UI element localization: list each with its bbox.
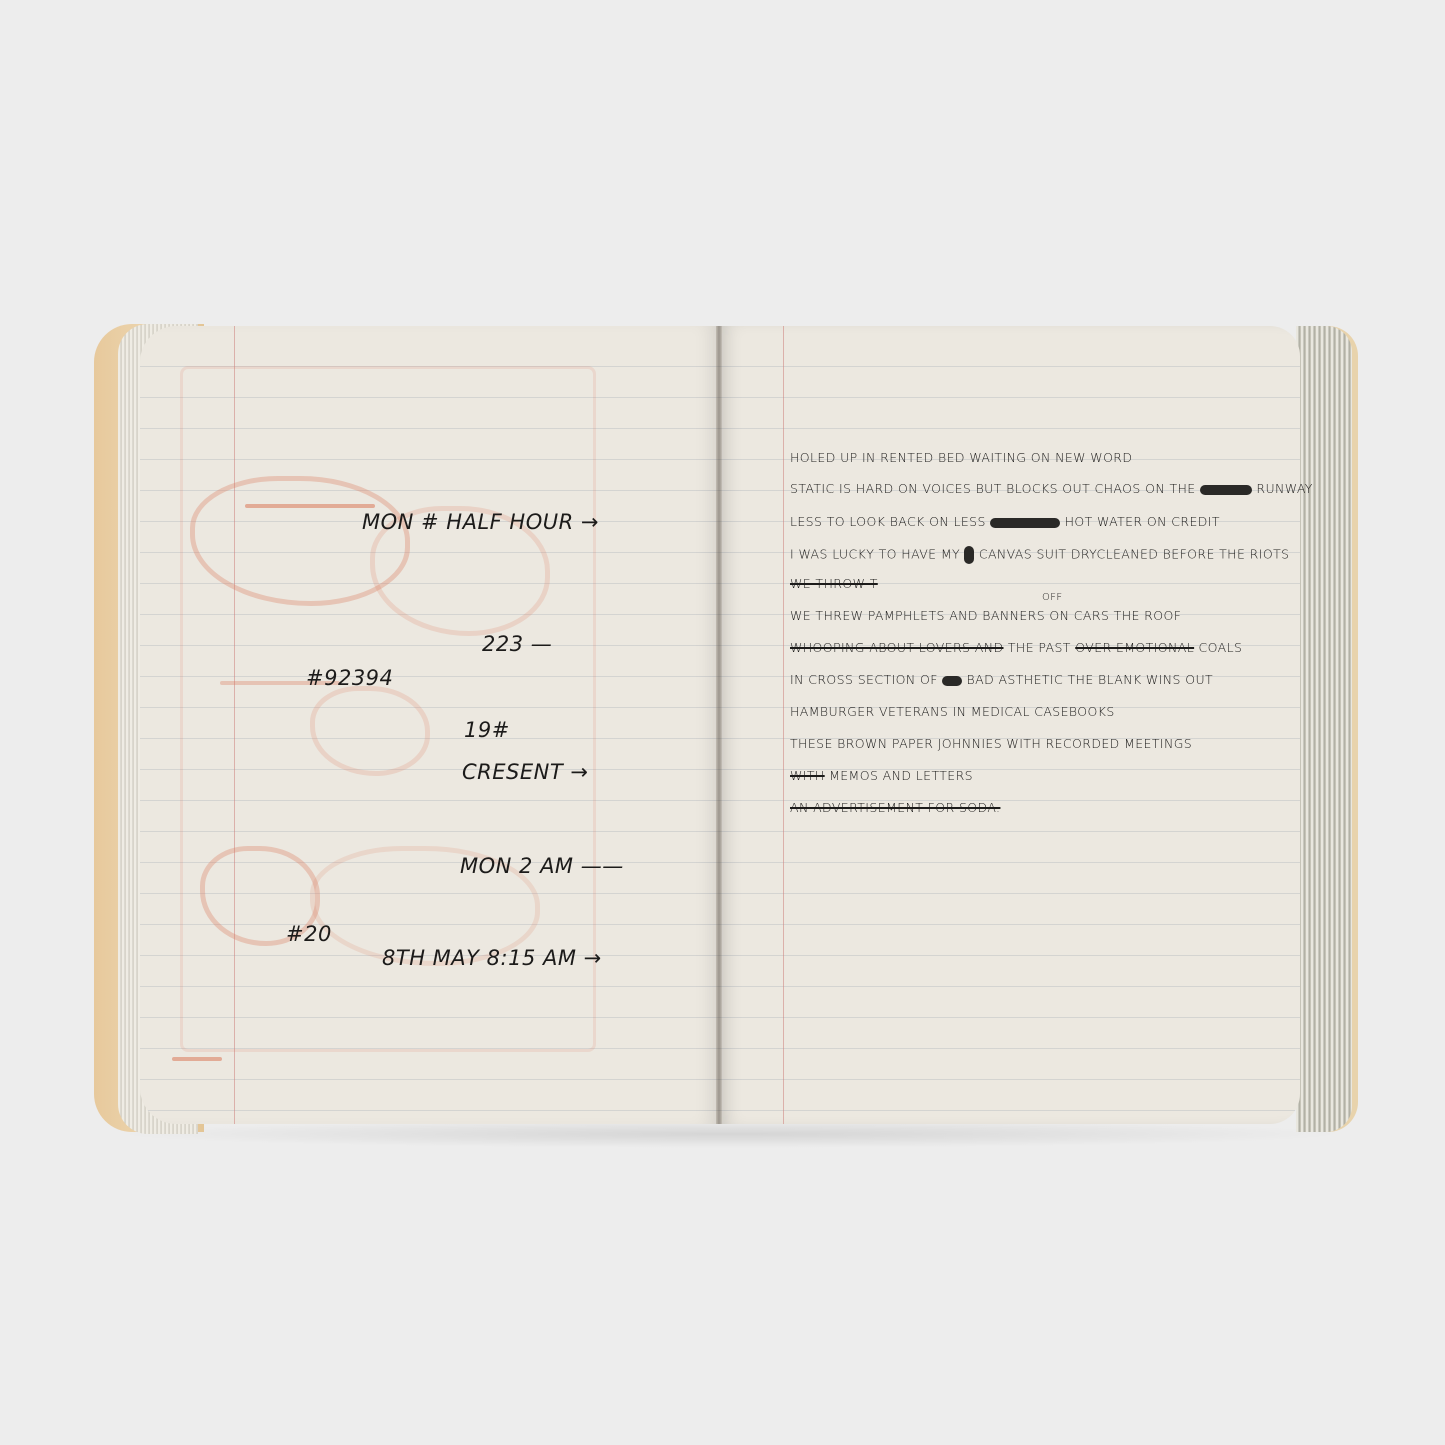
handwritten-entry: 8TH MAY 8:15 AM → [382,946,602,970]
book-shadow [110,1120,1350,1148]
insertion-mark: OFF [1042,592,1063,603]
handwritten-entry: CRESENT → [462,760,588,784]
crayon-stroke [172,1057,222,1061]
spine-gutter [716,326,722,1124]
poem-line: I WAS LUCKY TO HAVE MY CANVAS SUIT DRYCL… [790,546,1289,564]
handwritten-entry: #20 [286,922,332,946]
margin-line [783,326,784,1124]
poem-line: THESE BROWN PAPER JOHNNIES WITH RECORDED… [790,736,1192,751]
handwritten-entry: MON # HALF HOUR → [362,510,599,534]
poem-line: HAMBURGER VETERANS IN MEDICAL CASEBOOKS [790,704,1115,719]
poem-line: WITH MEMOS AND LETTERS [790,768,973,783]
poem-line: STATIC IS HARD ON VOICES BUT BLOCKS OUT … [790,481,1313,496]
poem-line-struck: WE THROW T [790,576,878,591]
poem-line: WHOOPING ABOUT LOVERS AND THE PAST OVER … [790,640,1242,655]
scribble-out [1200,485,1252,495]
poem-line-struck: AN ADVERTISEMENT FOR SODA. [790,800,1000,815]
crayon-stroke [245,504,375,508]
handwritten-entry: 223 — [482,632,552,656]
scribble-out [964,546,974,564]
poem-line: WE THREW PAMPHLETS AND BANNERS ON CARS T… [790,608,1181,623]
handwritten-entry: 19# [464,718,510,742]
handwritten-entry: MON 2 AM —— [460,854,624,878]
right-page-stack [1296,326,1352,1132]
handwritten-entry: #92394 [306,666,393,690]
right-page: HOLED UP IN RENTED BED WAITING ON NEW WO… [720,326,1300,1124]
scribble-out [942,676,962,686]
scribble-out [990,518,1060,528]
poem-line: LESS TO LOOK BACK ON LESS HOT WATER ON C… [790,514,1220,529]
poem-line: IN CROSS SECTION OF BAD ASTHETIC THE BLA… [790,672,1213,687]
left-page: MON # HALF HOUR → 223 — #92394 19# CRESE… [140,326,720,1124]
poem-line: HOLED UP IN RENTED BED WAITING ON NEW WO… [790,450,1132,465]
open-notebook: MON # HALF HOUR → 223 — #92394 19# CRESE… [0,0,1445,1445]
